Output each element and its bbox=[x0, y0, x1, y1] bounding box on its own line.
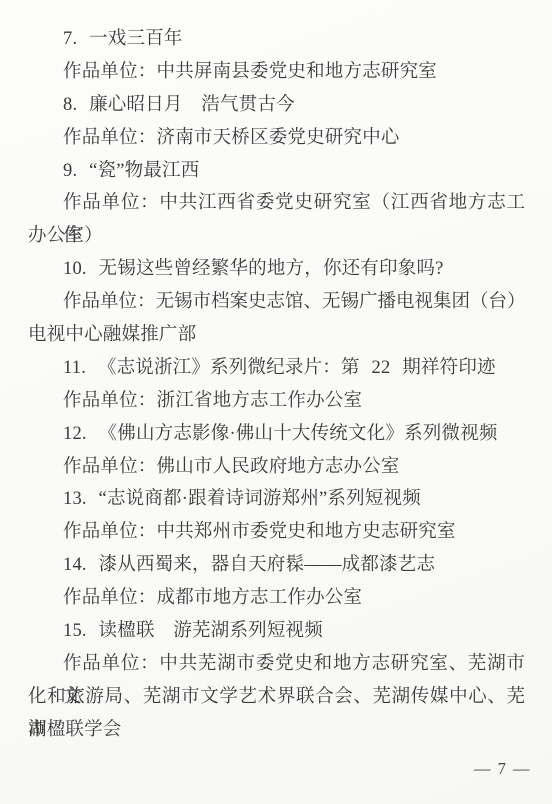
document-line: 办公室） bbox=[28, 220, 525, 253]
document-line: 作品单位：济南市天桥区委党史研究中心 bbox=[28, 122, 525, 155]
document-line: 作品单位：中共郑州市委党史和地方史志研究室 bbox=[28, 516, 525, 549]
document-line: 作品单位：佛山市人民政府地方志办公室 bbox=[28, 451, 525, 484]
document-line: 13. “志说商都·跟着诗词游郑州”系列短视频 bbox=[28, 483, 525, 516]
document-line: 作品单位：中共屏南县委党史和地方志研究室 bbox=[28, 56, 525, 89]
document-line: 作品单位：无锡市档案史志馆、无锡广播电视集团（台） bbox=[28, 286, 525, 319]
document-line: 9. “瓷”物最江西 bbox=[28, 155, 525, 188]
page-number: — 7 — bbox=[474, 758, 531, 780]
document-body: 7. 一戏三百年作品单位：中共屏南县委党史和地方志研究室8. 廉心昭日月 浩气贯… bbox=[28, 23, 525, 747]
document-line: 10. 无锡这些曾经繁华的地方，你还有印象吗? bbox=[28, 253, 525, 286]
document-line: 15. 读楹联 游芜湖系列短视频 bbox=[28, 615, 525, 648]
document-line: 8. 廉心昭日月 浩气贯古今 bbox=[28, 89, 525, 122]
document-page: 7. 一戏三百年作品单位：中共屏南县委党史和地方志研究室8. 廉心昭日月 浩气贯… bbox=[0, 0, 552, 804]
document-line: 作品单位：成都市地方志工作办公室 bbox=[28, 582, 525, 615]
document-line: 11. 《志说浙江》系列微纪录片：第 22 期祥符印迹 bbox=[28, 352, 525, 385]
document-line: 作品单位：中共芜湖市委党史和地方志研究室、芜湖市文 bbox=[28, 648, 525, 681]
document-line: 化和旅游局、芜湖市文学艺术界联合会、芜湖传媒中心、芜湖 bbox=[28, 681, 525, 714]
document-line: 14. 漆从西蜀来，器自天府髹——成都漆艺志 bbox=[28, 549, 525, 582]
document-line: 作品单位：中共江西省委党史研究室（江西省地方志工作 bbox=[28, 187, 525, 220]
document-line: 12. 《佛山方志影像·佛山十大传统文化》系列微视频 bbox=[28, 418, 525, 451]
document-line: 市楹联学会 bbox=[28, 714, 525, 747]
document-line: 作品单位：浙江省地方志工作办公室 bbox=[28, 385, 525, 418]
document-line: 7. 一戏三百年 bbox=[28, 23, 525, 56]
document-line: 电视中心融媒推广部 bbox=[28, 319, 525, 352]
